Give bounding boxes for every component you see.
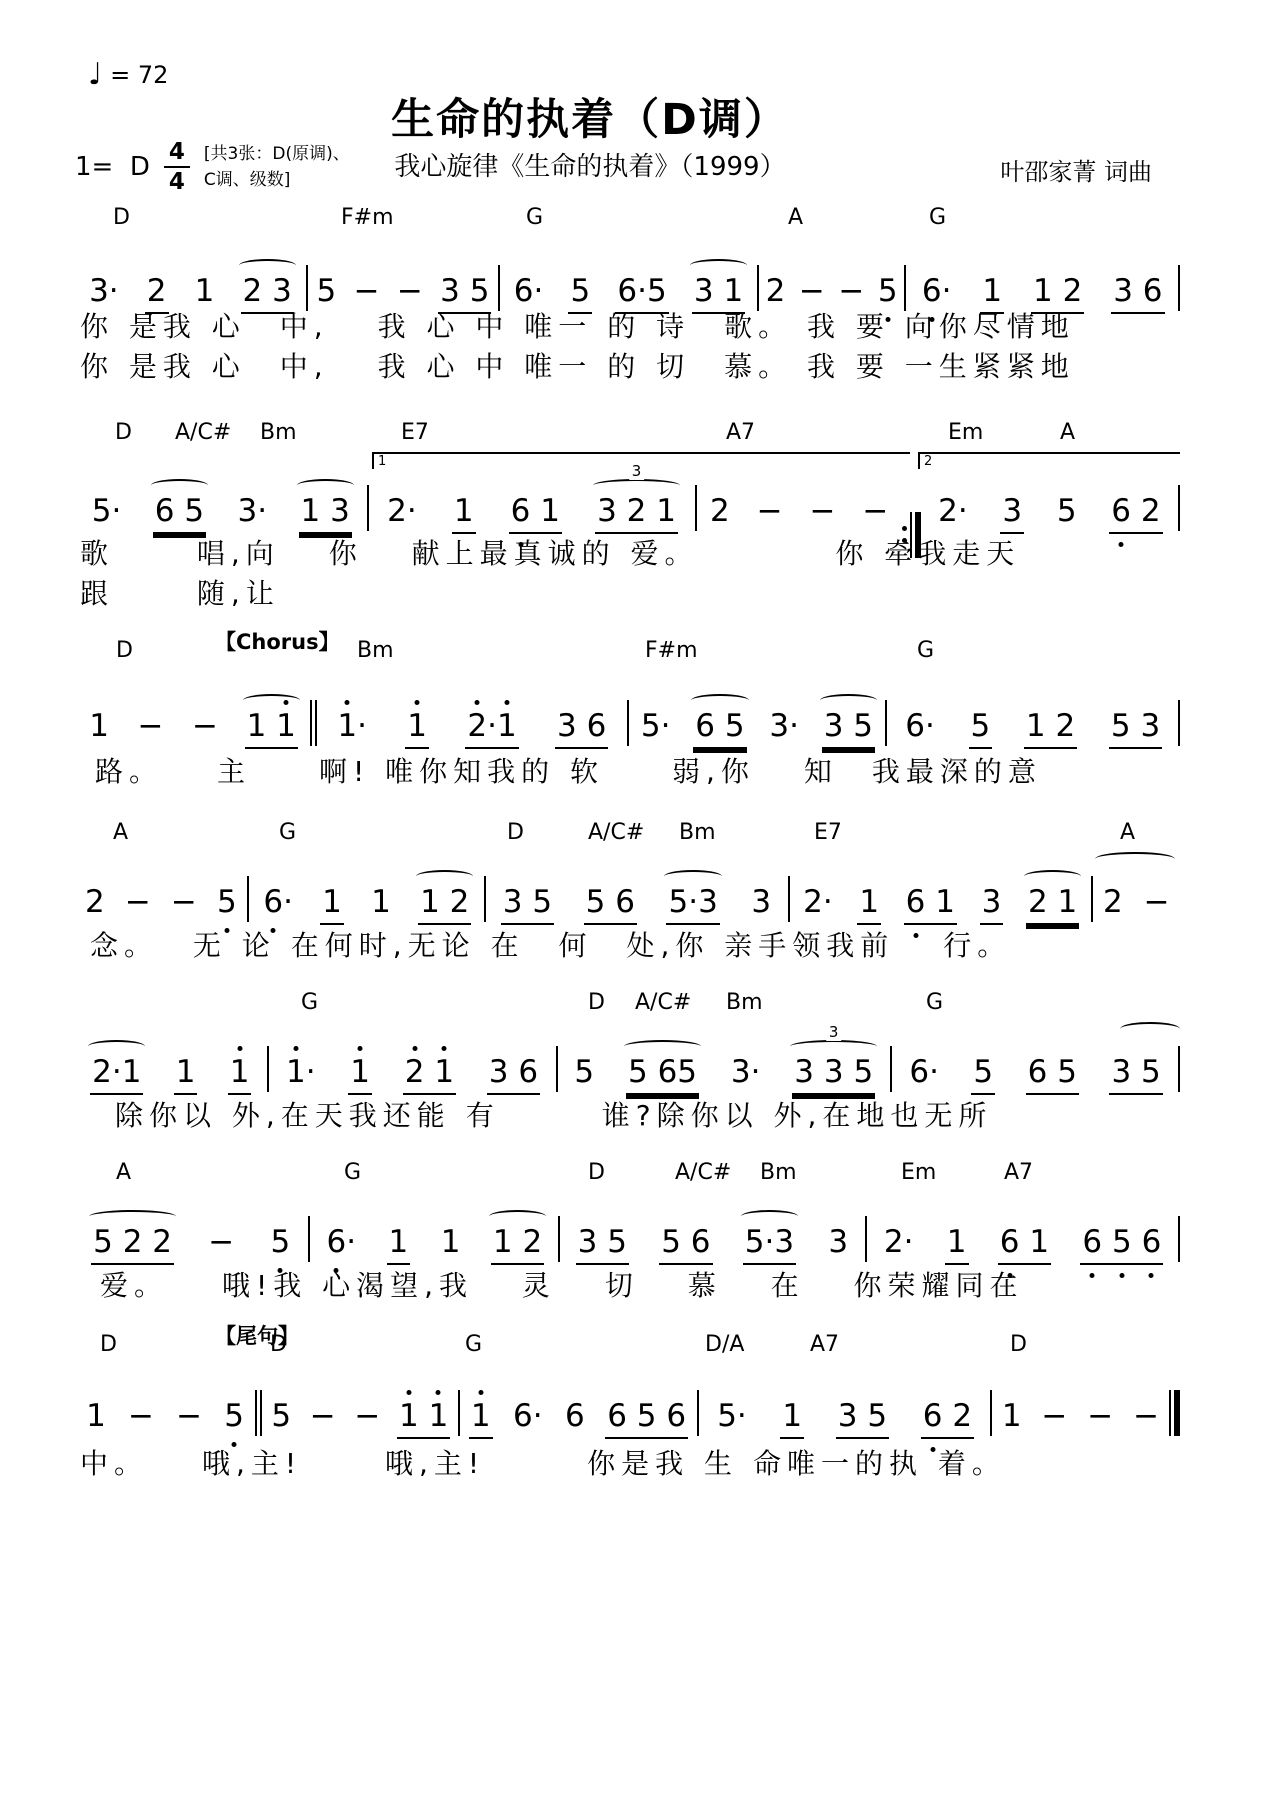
barline — [484, 876, 486, 922]
note-token: 6 — [563, 1399, 587, 1435]
note-token: − — [807, 494, 837, 530]
slur-arc — [790, 1040, 877, 1053]
chord-label: G — [301, 990, 318, 1015]
chord-label: F#m — [645, 638, 698, 663]
note-token: 1 — [469, 1399, 493, 1439]
note-token: 3 — [749, 885, 773, 921]
lyric-line: 爱。 哦!我 心渴望,我 灵 切 慕 在 你荣耀同在 — [100, 1264, 1024, 1304]
note-token: 3 5 — [1109, 1055, 1162, 1095]
barline — [1178, 700, 1180, 746]
triplet-number: 3 — [826, 1024, 842, 1041]
notes-row: 1−−55−−1 116·66 5 65·13 56 21−−− — [75, 1380, 1180, 1439]
chord-label: A — [1060, 420, 1075, 445]
barline — [558, 1216, 560, 1262]
note-token: − — [169, 885, 199, 921]
note-token: 1 — [945, 1225, 969, 1265]
note-token: 5 — [971, 1055, 995, 1095]
note-token: 1 — [387, 1225, 411, 1265]
note-token: − — [1085, 1399, 1115, 1435]
chord-label: F#m — [341, 205, 394, 230]
note-token: 6 1 — [998, 1225, 1051, 1265]
note-token: − — [1142, 885, 1172, 921]
note-token: 3 5 — [836, 1399, 889, 1439]
chord-label: E7 — [401, 420, 429, 445]
measure: 6·111 2 — [249, 885, 484, 925]
chord-label: D — [1010, 1332, 1027, 1357]
note-token: 1 — [452, 494, 476, 534]
chord-label: A/C# — [175, 420, 231, 445]
note-token: 5 6 — [584, 885, 637, 925]
note-token: 3 5 — [822, 709, 875, 749]
barline — [788, 876, 790, 922]
note-token: 2·1 — [465, 709, 518, 749]
note-token: 3 5 — [576, 1225, 629, 1265]
slur-arc — [691, 694, 748, 707]
chord-label: Bm — [260, 420, 297, 445]
note-token: 5 6 — [659, 1225, 712, 1265]
tie-arc — [1120, 1022, 1180, 1036]
tempo-marking: ♩ = 72 — [88, 60, 168, 90]
note-token: 3 6 — [1111, 274, 1164, 314]
chord-label: D — [113, 205, 130, 230]
final-barline — [1169, 1390, 1180, 1436]
note-token: − — [206, 1225, 236, 1261]
note-token: 1 — [369, 885, 393, 921]
note-token: 3 5 — [501, 885, 554, 925]
slur-arc — [243, 694, 300, 707]
song-subtitle: 我心旋律《生命的执着》（1999） — [320, 146, 860, 183]
chord-label: G — [465, 1332, 482, 1357]
slur-arc — [1024, 870, 1081, 883]
notes-row: 5 2 2−56·111 23 55 65·332·16 16 5 6 — [75, 1206, 1180, 1265]
note-token: 6 5 6 — [1080, 1225, 1163, 1265]
barline — [1178, 1046, 1180, 1092]
note-token: 3 2 13 — [595, 494, 678, 534]
note-token: 1 — [857, 885, 881, 925]
note-token: 1 1 — [397, 1399, 450, 1439]
measure: 1·12 13 6 — [269, 1055, 556, 1095]
note-token: 6 2 — [1109, 494, 1162, 534]
volta-number: 2 — [924, 454, 932, 469]
slur-arc — [89, 1210, 176, 1223]
chord-label: A — [113, 820, 128, 845]
measure: 55 653·3 3 53 — [558, 1055, 891, 1095]
note-token: 5 65 — [626, 1055, 699, 1095]
note-token: 2 — [708, 494, 732, 530]
note-token: 5 — [969, 709, 993, 749]
measure: 3 55 65·33 — [560, 1225, 865, 1265]
note-token: 5 2 2 — [91, 1225, 174, 1265]
slur-arc — [239, 259, 296, 272]
note-token: 6· — [325, 1225, 359, 1261]
chord-label: G — [929, 205, 946, 230]
notes-row: 2·1111·12 13 655 653·3 3 536·56 53 5 — [75, 1036, 1180, 1095]
chord-label: Bm — [760, 1160, 797, 1185]
note-token: 3· — [767, 709, 801, 745]
measure: 6·51 25 3 — [887, 709, 1178, 749]
composer-credit: 叶邵家菁 词曲 — [1000, 152, 1152, 187]
time-signature-bottom: 4 — [169, 168, 185, 194]
measure: 16·66 5 6 — [460, 1399, 698, 1439]
measure: 6·111 2 — [310, 1225, 558, 1265]
chord-label: G — [526, 205, 543, 230]
measure: 5 2 2−5 — [75, 1225, 308, 1265]
note-token: 3 6 — [555, 709, 608, 749]
chord-label: A7 — [1004, 1160, 1033, 1185]
chord-label: D — [270, 1332, 287, 1357]
note-token: 5 3 — [1109, 709, 1162, 749]
measure: 2−−5 — [75, 885, 247, 921]
chord-label: A7 — [726, 420, 755, 445]
measure: 5·6 53·3 5 — [629, 709, 886, 749]
chord-label: G — [917, 638, 934, 663]
note-token: 3· — [729, 1055, 763, 1091]
quarter-note-icon: ♩ — [88, 60, 102, 90]
chord-label: Em — [948, 420, 983, 445]
note-token: 3 3 53 — [792, 1055, 875, 1095]
note-token: 5·3 — [743, 1225, 796, 1265]
measure: 5·6 53·1 3 — [75, 494, 367, 534]
note-token: 1 3 — [299, 494, 352, 534]
barline — [990, 1390, 992, 1436]
time-signature-top: 4 — [164, 140, 190, 168]
lyric-line: 你 是我 心 中, 我 心 中 唯一 的 切 慕。 我 要 一生紧紧地 — [80, 345, 1075, 385]
note-token: 1 2 — [418, 885, 471, 925]
lyric-line: 歌 唱,向 你 献上最真诚的 爱。 你 牵我走天 — [80, 532, 1020, 572]
measure: 1−−− — [992, 1399, 1169, 1435]
note-token: − — [190, 709, 220, 745]
note-token: 6 5 — [153, 494, 206, 534]
barline — [367, 485, 369, 531]
note-token: 1 — [439, 1225, 463, 1261]
measure: 2·16 16 5 6 — [867, 1225, 1178, 1265]
barline — [1178, 1216, 1180, 1262]
chord-label: A/C# — [635, 990, 691, 1015]
note-token: − — [174, 1399, 204, 1435]
chord-label: D — [588, 990, 605, 1015]
note-token: − — [136, 709, 166, 745]
note-token: 5 — [215, 885, 239, 921]
note-token: 1 — [780, 1399, 804, 1439]
note-token: 1 — [348, 1055, 372, 1095]
chord-label: Bm — [679, 820, 716, 845]
note-token: 6 5 6 — [605, 1399, 688, 1439]
barline — [1178, 485, 1180, 531]
slur-arc — [88, 1040, 145, 1053]
note-token: 6 1 — [904, 885, 957, 925]
note-token: 1 2 — [491, 1225, 544, 1265]
note-token: 1 — [405, 709, 429, 749]
measure: 2−−− — [697, 494, 902, 530]
note-token: 3 — [1000, 494, 1024, 534]
note-token: 5 — [268, 1225, 292, 1261]
note-token: − — [126, 1399, 156, 1435]
chord-label: D/A — [705, 1332, 744, 1357]
note-token: 5· — [639, 709, 673, 745]
note-token: 5 — [222, 1399, 246, 1435]
chord-label: A — [1120, 820, 1135, 845]
note-token: 6· — [903, 709, 937, 745]
note-token: 1 — [174, 1055, 198, 1095]
barline — [885, 700, 887, 746]
note-token: 6 5 — [693, 709, 746, 749]
note-token: 1 2 — [1024, 709, 1077, 749]
volta-number: 1 — [378, 454, 386, 469]
slur-arc — [489, 1210, 546, 1223]
barline — [556, 1046, 558, 1092]
note-token: − — [755, 494, 785, 530]
tempo-value: = 72 — [110, 61, 168, 89]
slur-arc — [151, 479, 208, 492]
note-token: 2 — [83, 885, 107, 921]
note-token: 1 — [320, 885, 344, 925]
barline — [458, 1390, 460, 1436]
note-token: 1 — [228, 1055, 252, 1095]
slur-arc — [820, 694, 877, 707]
chord-label: G — [279, 820, 296, 845]
note-token: 5· — [715, 1399, 749, 1435]
note-token: 5 — [572, 1055, 596, 1091]
measure: 3 55 65·33 — [486, 885, 788, 925]
note-token: 3· — [236, 494, 270, 530]
note-token: − — [1131, 1399, 1161, 1435]
note-token: 2 1 — [403, 1055, 456, 1095]
barline — [1091, 876, 1093, 922]
note-token: 1 — [84, 1399, 108, 1435]
slur-arc — [593, 479, 680, 492]
double-barline — [310, 700, 317, 746]
note-token: 2· — [801, 885, 835, 921]
lyric-line: 除你以 外,在天我还能 有 谁?除你以 外,在地也无所 — [115, 1094, 992, 1134]
note-token: 1· — [284, 1055, 318, 1091]
time-signature: 4 4 — [164, 140, 190, 194]
lyric-line: 路。 主 啊! 唯你知我的 软 弱,你 知 我最深的意 — [95, 750, 1042, 790]
chord-label: Bm — [357, 638, 394, 663]
note-token: 3 — [826, 1225, 850, 1261]
measure: 1·12·13 6 — [317, 709, 626, 749]
chord-label: Bm — [726, 990, 763, 1015]
barline — [865, 1216, 867, 1262]
chord-label: E7 — [814, 820, 842, 845]
sheet-music-page: ♩ = 72 1= D 4 4 [共3张：D(原调)、 C调、级数] 生命的执着… — [0, 0, 1280, 1810]
note-token: 6· — [907, 1055, 941, 1091]
barline — [1178, 265, 1180, 311]
chord-label: A/C# — [588, 820, 644, 845]
measure: 5·13 56 2 — [699, 1399, 990, 1439]
barline — [627, 700, 629, 746]
slur-arc — [690, 259, 747, 272]
chord-label: D — [115, 420, 132, 445]
slur-arc — [624, 1040, 701, 1053]
measure: 2− — [1093, 885, 1180, 921]
note-token: 1 1 — [245, 709, 298, 749]
note-token: 6 2 — [921, 1399, 974, 1439]
lyric-line: 你 是我 心 中, 我 心 中 唯一 的 诗 歌。 我 要 向你尽情地 — [80, 305, 1075, 345]
measure: 2·16 132 1 — [790, 885, 1091, 925]
chord-label: D — [116, 638, 133, 663]
chord-label: G — [926, 990, 943, 1015]
note-token: 5 — [1055, 494, 1079, 530]
measure: 6·56 53 5 — [892, 1055, 1178, 1095]
note-token: − — [123, 885, 153, 921]
barline — [697, 1390, 699, 1436]
lyric-line: 跟 随,让 — [80, 572, 280, 612]
note-token: − — [860, 494, 890, 530]
note-token: 2· — [936, 494, 970, 530]
barline — [890, 1046, 892, 1092]
lyric-line: 念。 无 论 在何时,无论 在 何 处,你 亲手领我前 行。 — [90, 924, 1011, 964]
key-label: 1= D — [75, 152, 150, 182]
slur-arc — [664, 870, 721, 883]
double-barline — [255, 1390, 262, 1436]
chord-label: A — [116, 1160, 131, 1185]
note-token: 2 — [1101, 885, 1125, 921]
note-token: 1 — [87, 709, 111, 745]
slur-arc — [416, 870, 473, 883]
note-token: − — [308, 1399, 338, 1435]
note-token: 3 6 — [487, 1055, 540, 1095]
note-token: 2 1 — [1026, 885, 1079, 925]
note-token: 1 — [1000, 1399, 1024, 1435]
measure: 2·356 2 — [921, 494, 1178, 534]
note-token: 5· — [90, 494, 124, 530]
note-token: 3 — [980, 885, 1004, 925]
slur-arc — [297, 479, 354, 492]
barline — [308, 1216, 310, 1262]
barline — [247, 876, 249, 922]
section-label: 【Chorus】 — [215, 626, 340, 656]
chord-label: D — [100, 1332, 117, 1357]
tie-arc — [1095, 852, 1175, 866]
note-token: 5·3 — [666, 885, 719, 925]
notes-row: 1−−1 11·12·13 65·6 53·3 56·51 25 3 — [75, 690, 1180, 749]
barline — [695, 485, 697, 531]
note-token: 5 — [269, 1399, 293, 1435]
measure: 1−−1 1 — [75, 709, 310, 749]
chord-label: A — [788, 205, 803, 230]
chord-label: Em — [901, 1160, 936, 1185]
key-signature: 1= D 4 4 [共3张：D(原调)、 C调、级数] — [75, 140, 350, 194]
note-token: 6· — [511, 1399, 545, 1435]
lyric-line: 中。 哦,主! 哦,主! 你是我 生 命唯一的执 着。 — [80, 1442, 1006, 1482]
measure: 5−−1 1 — [262, 1399, 458, 1439]
chord-label: A/C# — [675, 1160, 731, 1185]
chord-label: D — [588, 1160, 605, 1185]
triplet-number: 3 — [629, 463, 645, 480]
note-token: 2·1 — [90, 1055, 143, 1095]
note-token: 6 5 — [1026, 1055, 1079, 1095]
note-token: − — [352, 1399, 382, 1435]
measure: 1−−5 — [75, 1399, 255, 1435]
note-token: 2· — [385, 494, 419, 530]
volta-bracket: 2 — [918, 452, 1180, 469]
chord-label: G — [344, 1160, 361, 1185]
chord-label: D — [507, 820, 524, 845]
note-token: 2· — [882, 1225, 916, 1261]
note-token: 6· — [261, 885, 295, 921]
song-title: 生命的执着（D调） — [320, 86, 860, 147]
note-token: 1· — [335, 709, 369, 745]
slur-arc — [741, 1210, 798, 1223]
chord-label: A7 — [810, 1332, 839, 1357]
measure: 2·111 — [75, 1055, 267, 1095]
note-token: − — [1039, 1399, 1069, 1435]
notes-row: 2−−56·111 23 55 65·332·16 132 12− — [75, 866, 1180, 925]
barline — [267, 1046, 269, 1092]
note-token: 6 1 — [509, 494, 562, 534]
measure: 2·16 13 2 13 — [369, 494, 695, 534]
